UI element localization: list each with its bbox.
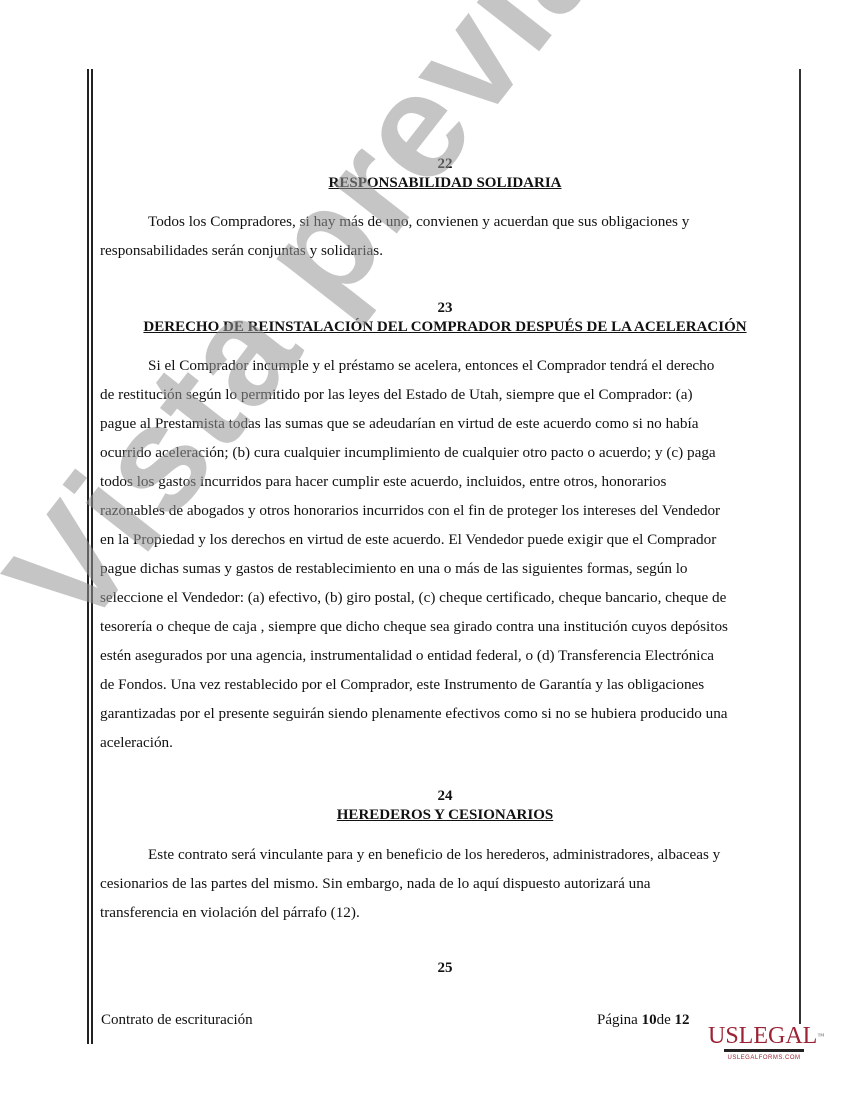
right-border-line <box>799 69 801 1024</box>
footer-document-title: Contrato de escrituración <box>101 1012 253 1029</box>
section-title: HEREDEROS Y CESIONARIOS <box>100 807 790 824</box>
section-paragraph: Todos los Compradores, si hay más de uno… <box>100 207 790 265</box>
section-number: 24 <box>100 788 790 805</box>
section-number: 25 <box>100 960 790 977</box>
section-title: DERECHO DE REINSTALACIÓN DEL COMPRADOR D… <box>100 319 790 336</box>
left-border-line <box>87 69 89 1044</box>
logo-wordmark: USLEGAL <box>708 1023 817 1049</box>
section-number: 22 <box>100 156 790 173</box>
section-paragraph: Si el Comprador incumple y el préstamo s… <box>100 351 790 757</box>
section-title: RESPONSABILIDAD SOLIDARIA <box>100 175 790 192</box>
uslegal-logo[interactable]: USLEGAL™ USLEGALFORMS.COM <box>708 1024 820 1070</box>
trademark-icon: ™ <box>817 1032 824 1040</box>
logo-url: USLEGALFORMS.COM <box>708 1055 820 1061</box>
section-paragraph: Este contrato será vinculante para y en … <box>100 840 790 927</box>
section-number: 23 <box>100 300 790 317</box>
footer-page-number: Página 10de 12 <box>597 1012 690 1029</box>
eagle-wing-icon <box>724 1049 804 1052</box>
left-border-line-inner <box>91 69 93 1044</box>
